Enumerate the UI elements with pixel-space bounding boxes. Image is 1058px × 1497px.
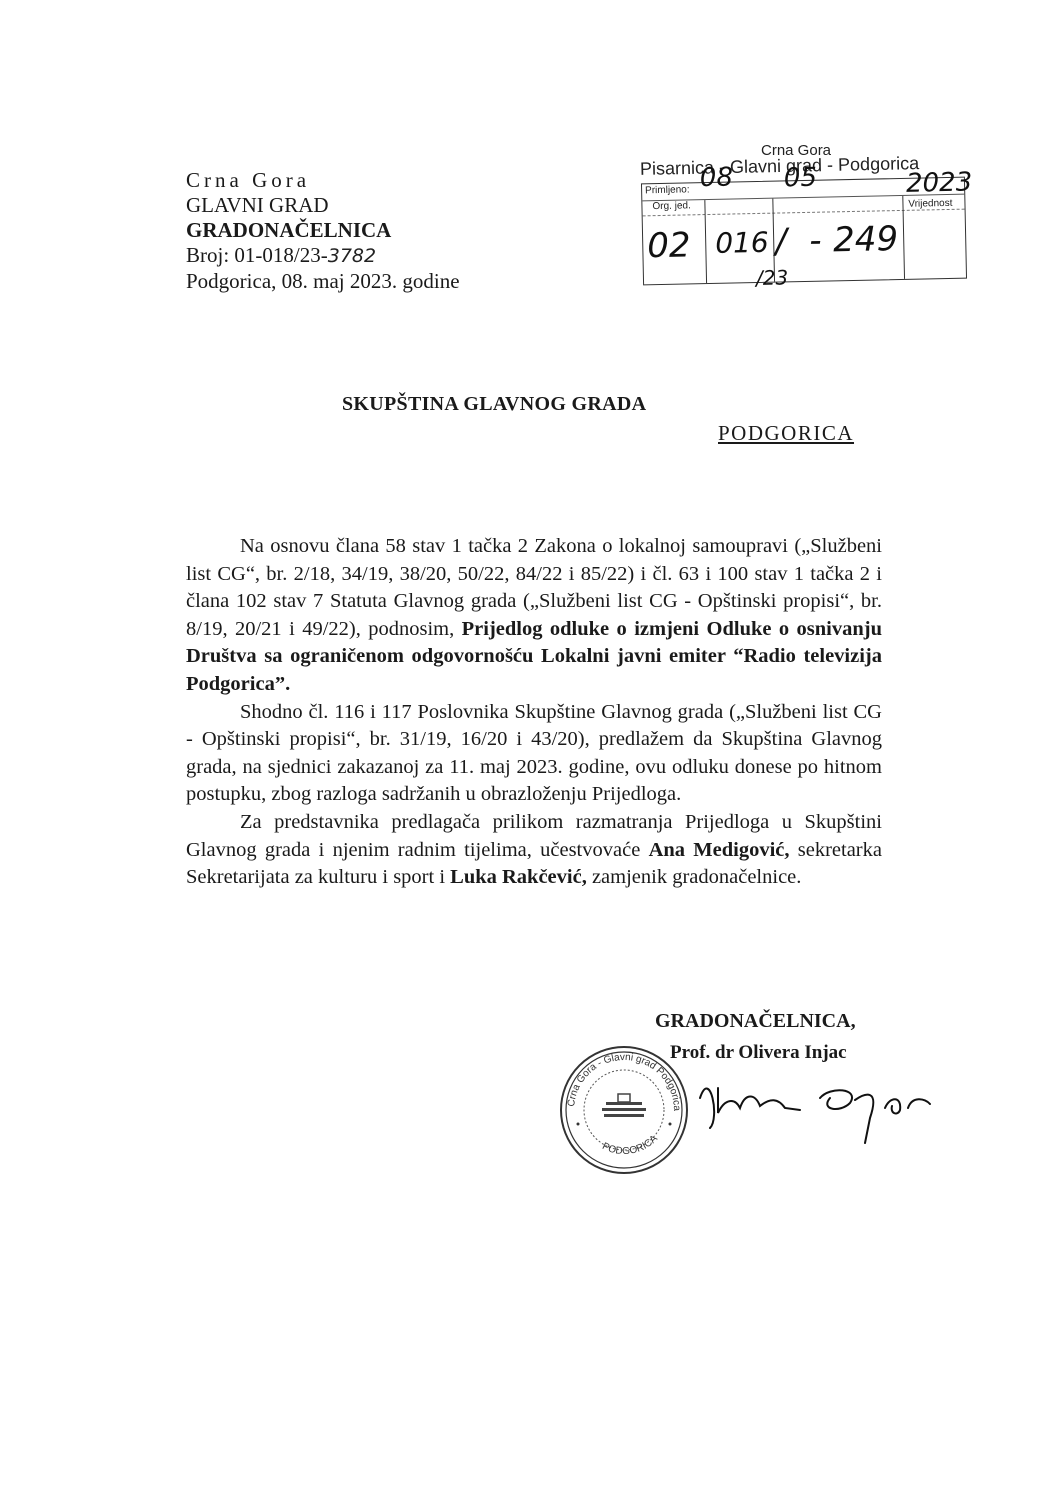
- stamp-received-month: 05: [784, 163, 818, 194]
- stamp-table: Primljeno: Org. jed. Vrijednost 08 05 20…: [641, 177, 967, 286]
- document-number: Broj: 01-018/23-3782: [186, 243, 460, 269]
- registry-stamp: Crna Gora Pisarnica - Glavni grad - Podg…: [636, 142, 976, 302]
- stamp-org-unit: 02: [647, 225, 691, 266]
- addressee-city: PODGORICA: [718, 421, 854, 446]
- stamp-office: Pisarnica - Glavni grad - Podgorica: [640, 153, 920, 180]
- stamp-org-label: Org. jed.: [652, 200, 691, 212]
- letterhead: Crna Gora GLAVNI GRAD GRADONAČELNICA Bro…: [186, 168, 460, 294]
- stamp-value-label: Vrijednost: [908, 198, 952, 210]
- stamp-reg-number: 249: [833, 219, 899, 260]
- handwritten-signature-icon: [690, 1058, 940, 1148]
- letter-body: Na osnovu člana 58 stav 1 tačka 2 Zakona…: [186, 533, 882, 892]
- document-number-label: Broj: 01-018/23-: [186, 243, 328, 267]
- paragraph-representatives: Za predstavnika predlagača prilikom razm…: [186, 809, 882, 892]
- letterhead-office: GRADONAČELNICA: [186, 218, 460, 243]
- paragraph-text: zamjenik gradonačelnice.: [587, 866, 802, 888]
- representative-name: Luka Rakčević,: [450, 866, 587, 888]
- signatory-title: GRADONAČELNICA,: [655, 1010, 856, 1033]
- stamp-received-day: 08: [700, 162, 734, 193]
- document-number-handwritten: 3782: [328, 245, 376, 267]
- stamp-class-code: 016: [715, 226, 769, 260]
- document-date: Podgorica, 08. maj 2023. godine: [186, 269, 460, 294]
- stamp-dash: -: [809, 221, 822, 261]
- svg-text:PODGORICA: PODGORICA: [600, 1133, 660, 1157]
- stamp-received-year: 2023: [906, 167, 973, 198]
- representative-name: Ana Medigović,: [649, 839, 790, 861]
- letterhead-city: GLAVNI GRAD: [186, 193, 460, 218]
- letterhead-country: Crna Gora: [186, 168, 460, 193]
- official-seal-icon: Crna Gora - Glavni grad Podgorica PODGOR…: [558, 1044, 690, 1176]
- stamp-slash: /: [775, 221, 787, 261]
- paragraph-urgent-procedure: Shodno čl. 116 i 117 Poslovnika Skupštin…: [186, 699, 882, 809]
- stamp-year-suffix: /23: [756, 265, 789, 290]
- stamp-received-label: Primljeno:: [645, 184, 690, 196]
- paragraph-legal-basis: Na osnovu člana 58 stav 1 tačka 2 Zakona…: [186, 533, 882, 699]
- addressee-name: SKUPŠTINA GLAVNOG GRADA: [342, 393, 646, 416]
